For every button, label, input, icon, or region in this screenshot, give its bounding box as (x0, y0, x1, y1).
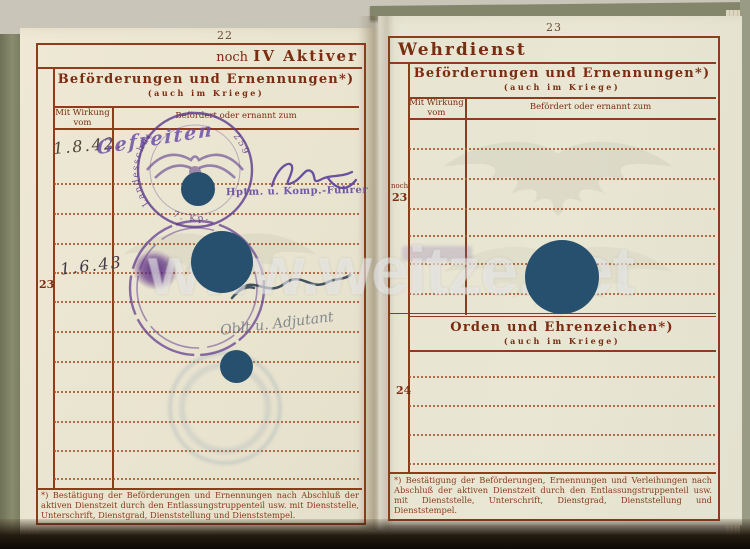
row-rule (409, 376, 715, 378)
row-rule (54, 478, 359, 480)
stamp-ring-text-left: Landesschütz. (130, 101, 155, 208)
redaction-dot-small-left (220, 350, 253, 383)
margin-number-23-right: 23 (392, 192, 407, 203)
wehrpass-photo: 22 noch IV Aktiver Beförderungen und Ern… (0, 0, 750, 549)
section-header-wehrdienst: Wehrdienst (398, 40, 527, 60)
col-header-date-right: Mit Wirkung vom (409, 99, 464, 119)
redaction-dot-large-left (191, 231, 253, 293)
row-rule (409, 178, 715, 180)
date-column-rule (112, 106, 114, 488)
awards-header-bottom-rule (408, 350, 716, 352)
margin-number-23-left: 23 (39, 279, 54, 290)
promotions-subtitle-right: (auch im Kriege) (408, 82, 716, 92)
continuation-header: noch IV Aktiver (80, 47, 358, 65)
col-header-date-left: Mit Wirkung vom (54, 109, 111, 129)
awards-divider-inner (408, 316, 716, 317)
row-rule (409, 148, 715, 150)
awards-divider-outer (390, 313, 716, 314)
continuation-prefix: noch (216, 50, 248, 65)
continuation-title: IV Aktiver (253, 47, 358, 65)
wehrdienst-band-rule (390, 62, 716, 64)
row-rule (409, 208, 715, 210)
col-header-promotion-right: Befördert oder ernannt zum (467, 103, 714, 113)
promotions-subtitle-left: (auch im Kriege) (53, 88, 359, 98)
photo-shadow-bottom (0, 519, 750, 549)
book-cover-left-edge (0, 34, 20, 549)
promotions-title-right: Beförderungen und Ernennungen*) (408, 66, 716, 81)
margin-number-24: 24 (396, 385, 411, 396)
footnote-left: *) Bestätigung der Beförderungen und Ern… (41, 491, 359, 521)
row-rule (409, 463, 715, 465)
underprint-eagle-right-1 (428, 111, 688, 231)
awards-title: Orden und Ehrenzeichen*) (408, 320, 716, 335)
stamp-ring-text-right: 259 (231, 132, 251, 158)
header-band-rule (38, 67, 362, 69)
row-rule (409, 434, 715, 436)
page-number-right: 23 (546, 21, 562, 34)
awards-subtitle: (auch im Kriege) (408, 336, 716, 346)
page-number-left: 22 (217, 29, 233, 42)
svg-text:259: 259 (231, 132, 251, 158)
redaction-dot-stamp-center (181, 172, 215, 206)
row-rule (409, 405, 715, 407)
footnote-right: *) Bestätigung der Beförderungen, Ernenn… (394, 476, 712, 516)
svg-text:Landesschütz.: Landesschütz. (130, 101, 155, 208)
promotions-title-left: Beförderungen und Ernennungen*) (53, 72, 359, 87)
awards-bottom-rule (390, 472, 716, 474)
redaction-dot-right (525, 240, 599, 314)
